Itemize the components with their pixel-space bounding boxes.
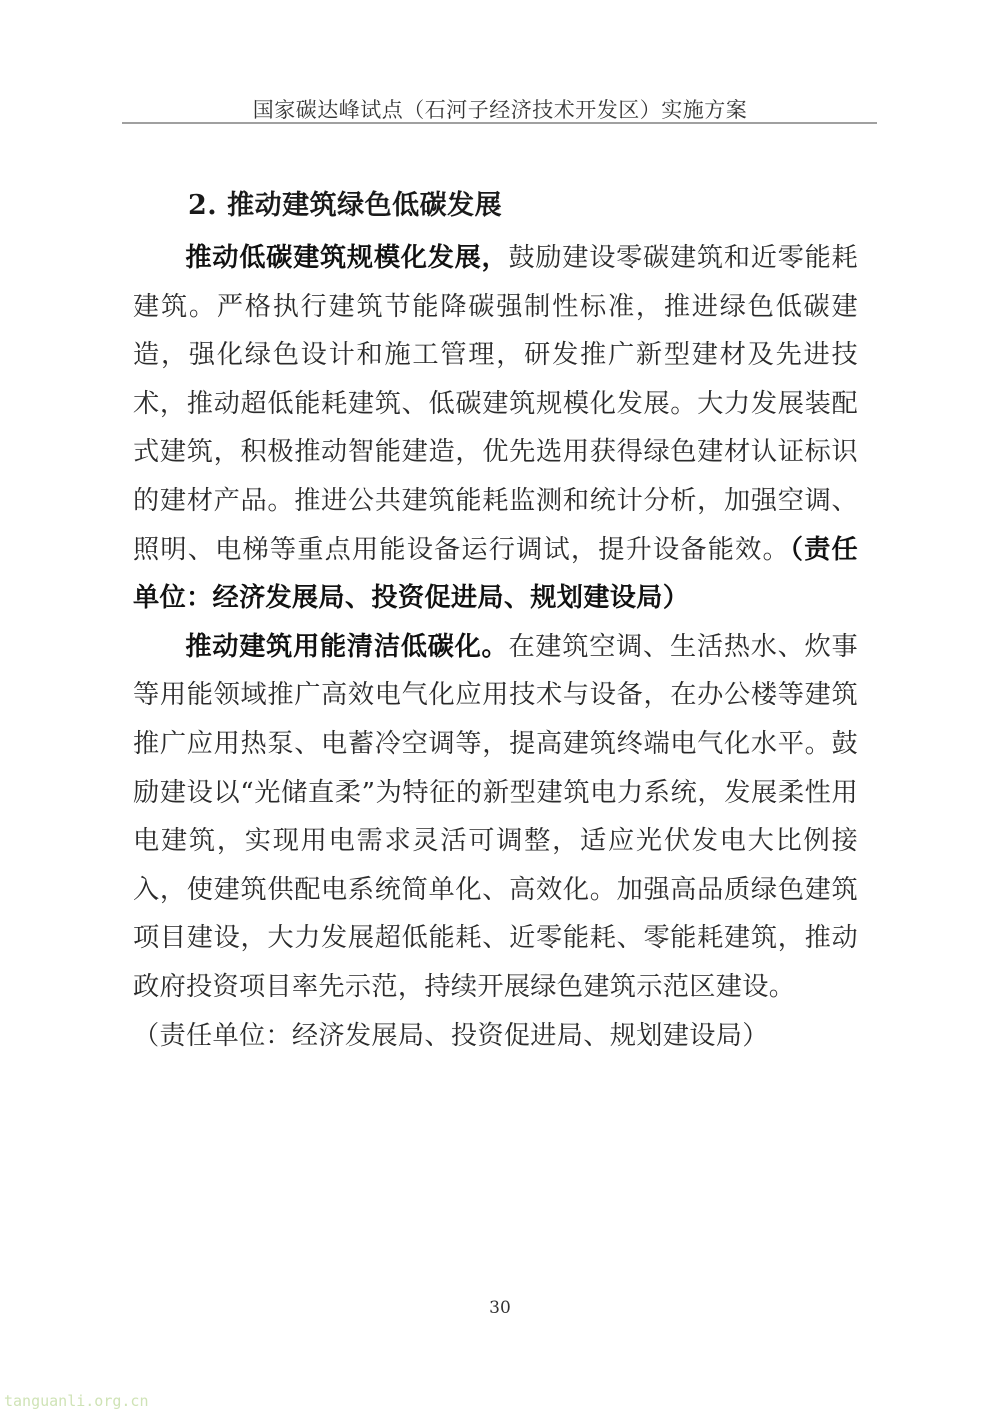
paragraph-lead: 推动低碳建筑规模化发展，	[185, 242, 508, 273]
paragraph-clean-energy-buildings: 推动建筑用能清洁低碳化。在建筑空调、生活热水、炊事等用能领域推广高效电气化应用技…	[133, 623, 858, 1060]
page-number: 30	[0, 1298, 1000, 1318]
responsibility-note: （责任单位：经济发展局、投资促进局、规划建设局）	[133, 1012, 858, 1061]
section-heading: 2. 推动建筑绿色低碳发展	[188, 183, 502, 222]
paragraph-body: 鼓励建设零碳建筑和近零能耗建筑。严格执行建筑节能降碳强制性标准，推进绿色低碳建造…	[133, 243, 858, 565]
site-watermark: tanguanli.org.cn	[4, 1392, 149, 1410]
paragraph-low-carbon-buildings: 推动低碳建筑规模化发展，鼓励建设零碳建筑和近零能耗建筑。严格执行建筑节能降碳强制…	[133, 234, 858, 623]
paragraph-body: 在建筑空调、生活热水、炊事等用能领域推广高效电气化应用技术与设备，在办公楼等建筑…	[133, 632, 858, 1002]
document-body: 推动低碳建筑规模化发展，鼓励建设零碳建筑和近零能耗建筑。严格执行建筑节能降碳强制…	[133, 234, 858, 1060]
header-divider	[122, 122, 877, 124]
document-header-title: 国家碳达峰试点（石河子经济技术开发区）实施方案	[0, 94, 1000, 124]
paragraph-lead: 推动建筑用能清洁低碳化。	[185, 631, 508, 662]
